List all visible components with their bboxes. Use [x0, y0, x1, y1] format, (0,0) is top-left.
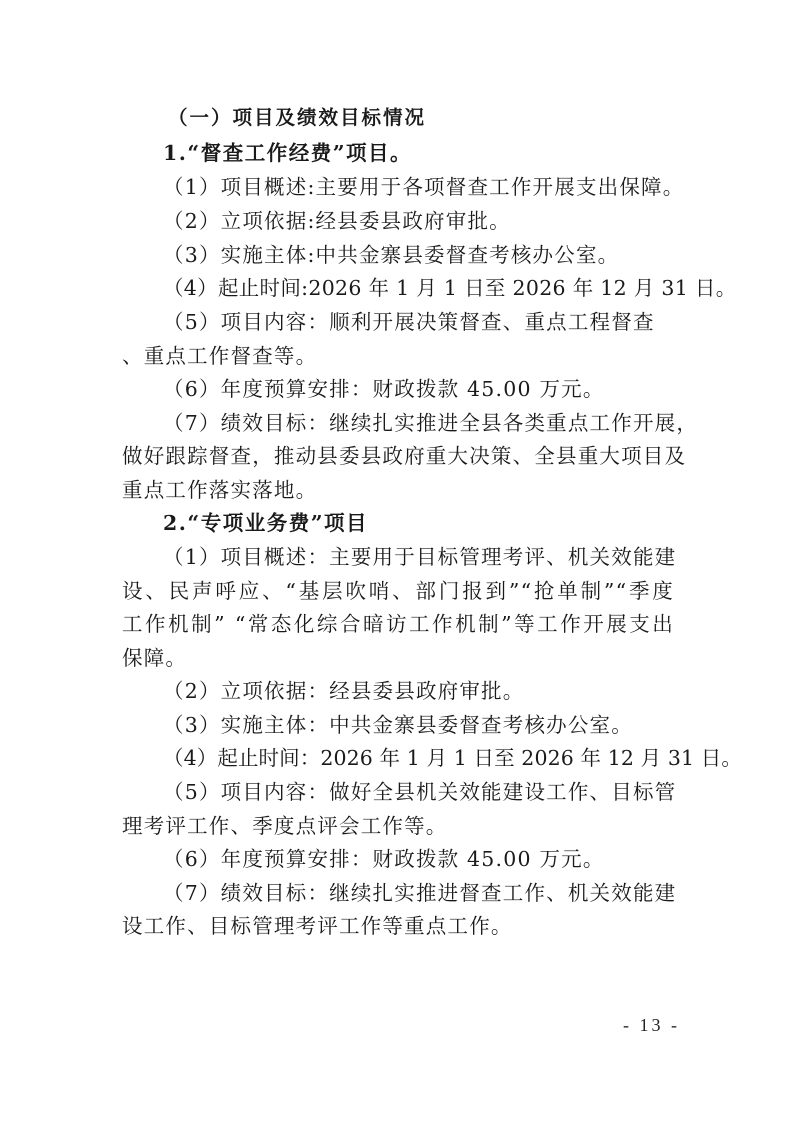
project-2-overview-line-4: 保障。: [122, 642, 674, 675]
project-1-goal-line-1: （7）绩效目标：继续扎实推进全县各类重点工作开展，: [163, 407, 674, 440]
project-1-overview: （1）项目概述:主要用于各项督查工作开展支出保障。: [163, 171, 674, 204]
project-2-entity: （3）实施主体：中共金寨县委督查考核办公室。: [163, 709, 674, 742]
project-2-content-line-2: 理考评工作、季度点评会工作等。: [122, 810, 674, 843]
project-1-content-line-2: 、重点工作督查等。: [122, 340, 674, 373]
project-2-goal-line-1: （7）绩效目标：继续扎实推进督查工作、机关效能建: [163, 877, 674, 910]
project-1-budget: （6）年度预算安排：财政拨款 45.00 万元。: [163, 373, 674, 406]
project-2-basis: （2）立项依据：经县委县政府审批。: [163, 675, 674, 708]
page-number: - 13 -: [623, 1015, 680, 1036]
project-2-overview-line-3: 工作机制” “常态化综合暗访工作机制”等工作开展支出: [122, 608, 674, 641]
project-2-content-line-1: （5）项目内容：做好全县机关效能建设工作、目标管: [163, 776, 674, 809]
project-2-title: 2.“专项业务费”项目: [163, 507, 715, 540]
project-2-goal-line-2: 设工作、目标管理考评工作等重点工作。: [122, 910, 674, 943]
project-2-period: （4）起止时间：2026 年 1 月 1 日至 2026 年 12 月 31 日…: [163, 742, 674, 775]
project-1-basis: （2）立项依据:经县委县政府审批。: [163, 205, 674, 238]
project-2-overview-line-1: （1）项目概述：主要用于目标管理考评、机关效能建: [163, 541, 674, 574]
project-2-budget: （6）年度预算安排：财政拨款 45.00 万元。: [163, 843, 674, 876]
project-1-entity: （3）实施主体:中共金寨县委督查考核办公室。: [163, 239, 674, 272]
project-2-overview-line-2: 设、民声呼应、“基层吹哨、部门报到”“抢单制”“季度: [122, 575, 674, 608]
document-page: （一）项目及绩效目标情况 1.“督查工作经费”项目。 （1）项目概述:主要用于各…: [0, 0, 793, 1122]
project-1-goal-line-3: 重点工作落实落地。: [122, 474, 674, 507]
project-1-content-line-1: （5）项目内容：顺利开展决策督查、重点工程督查: [163, 306, 674, 339]
section-heading: （一）项目及绩效目标情况: [168, 101, 720, 134]
project-1-goal-line-2: 做好跟踪督查，推动县委县政府重大决策、全县重大项目及: [122, 440, 674, 473]
project-1-title: 1.“督查工作经费”项目。: [163, 137, 715, 170]
project-1-period: （4）起止时间:2026 年 1 月 1 日至 2026 年 12 月 31 日…: [163, 272, 674, 305]
